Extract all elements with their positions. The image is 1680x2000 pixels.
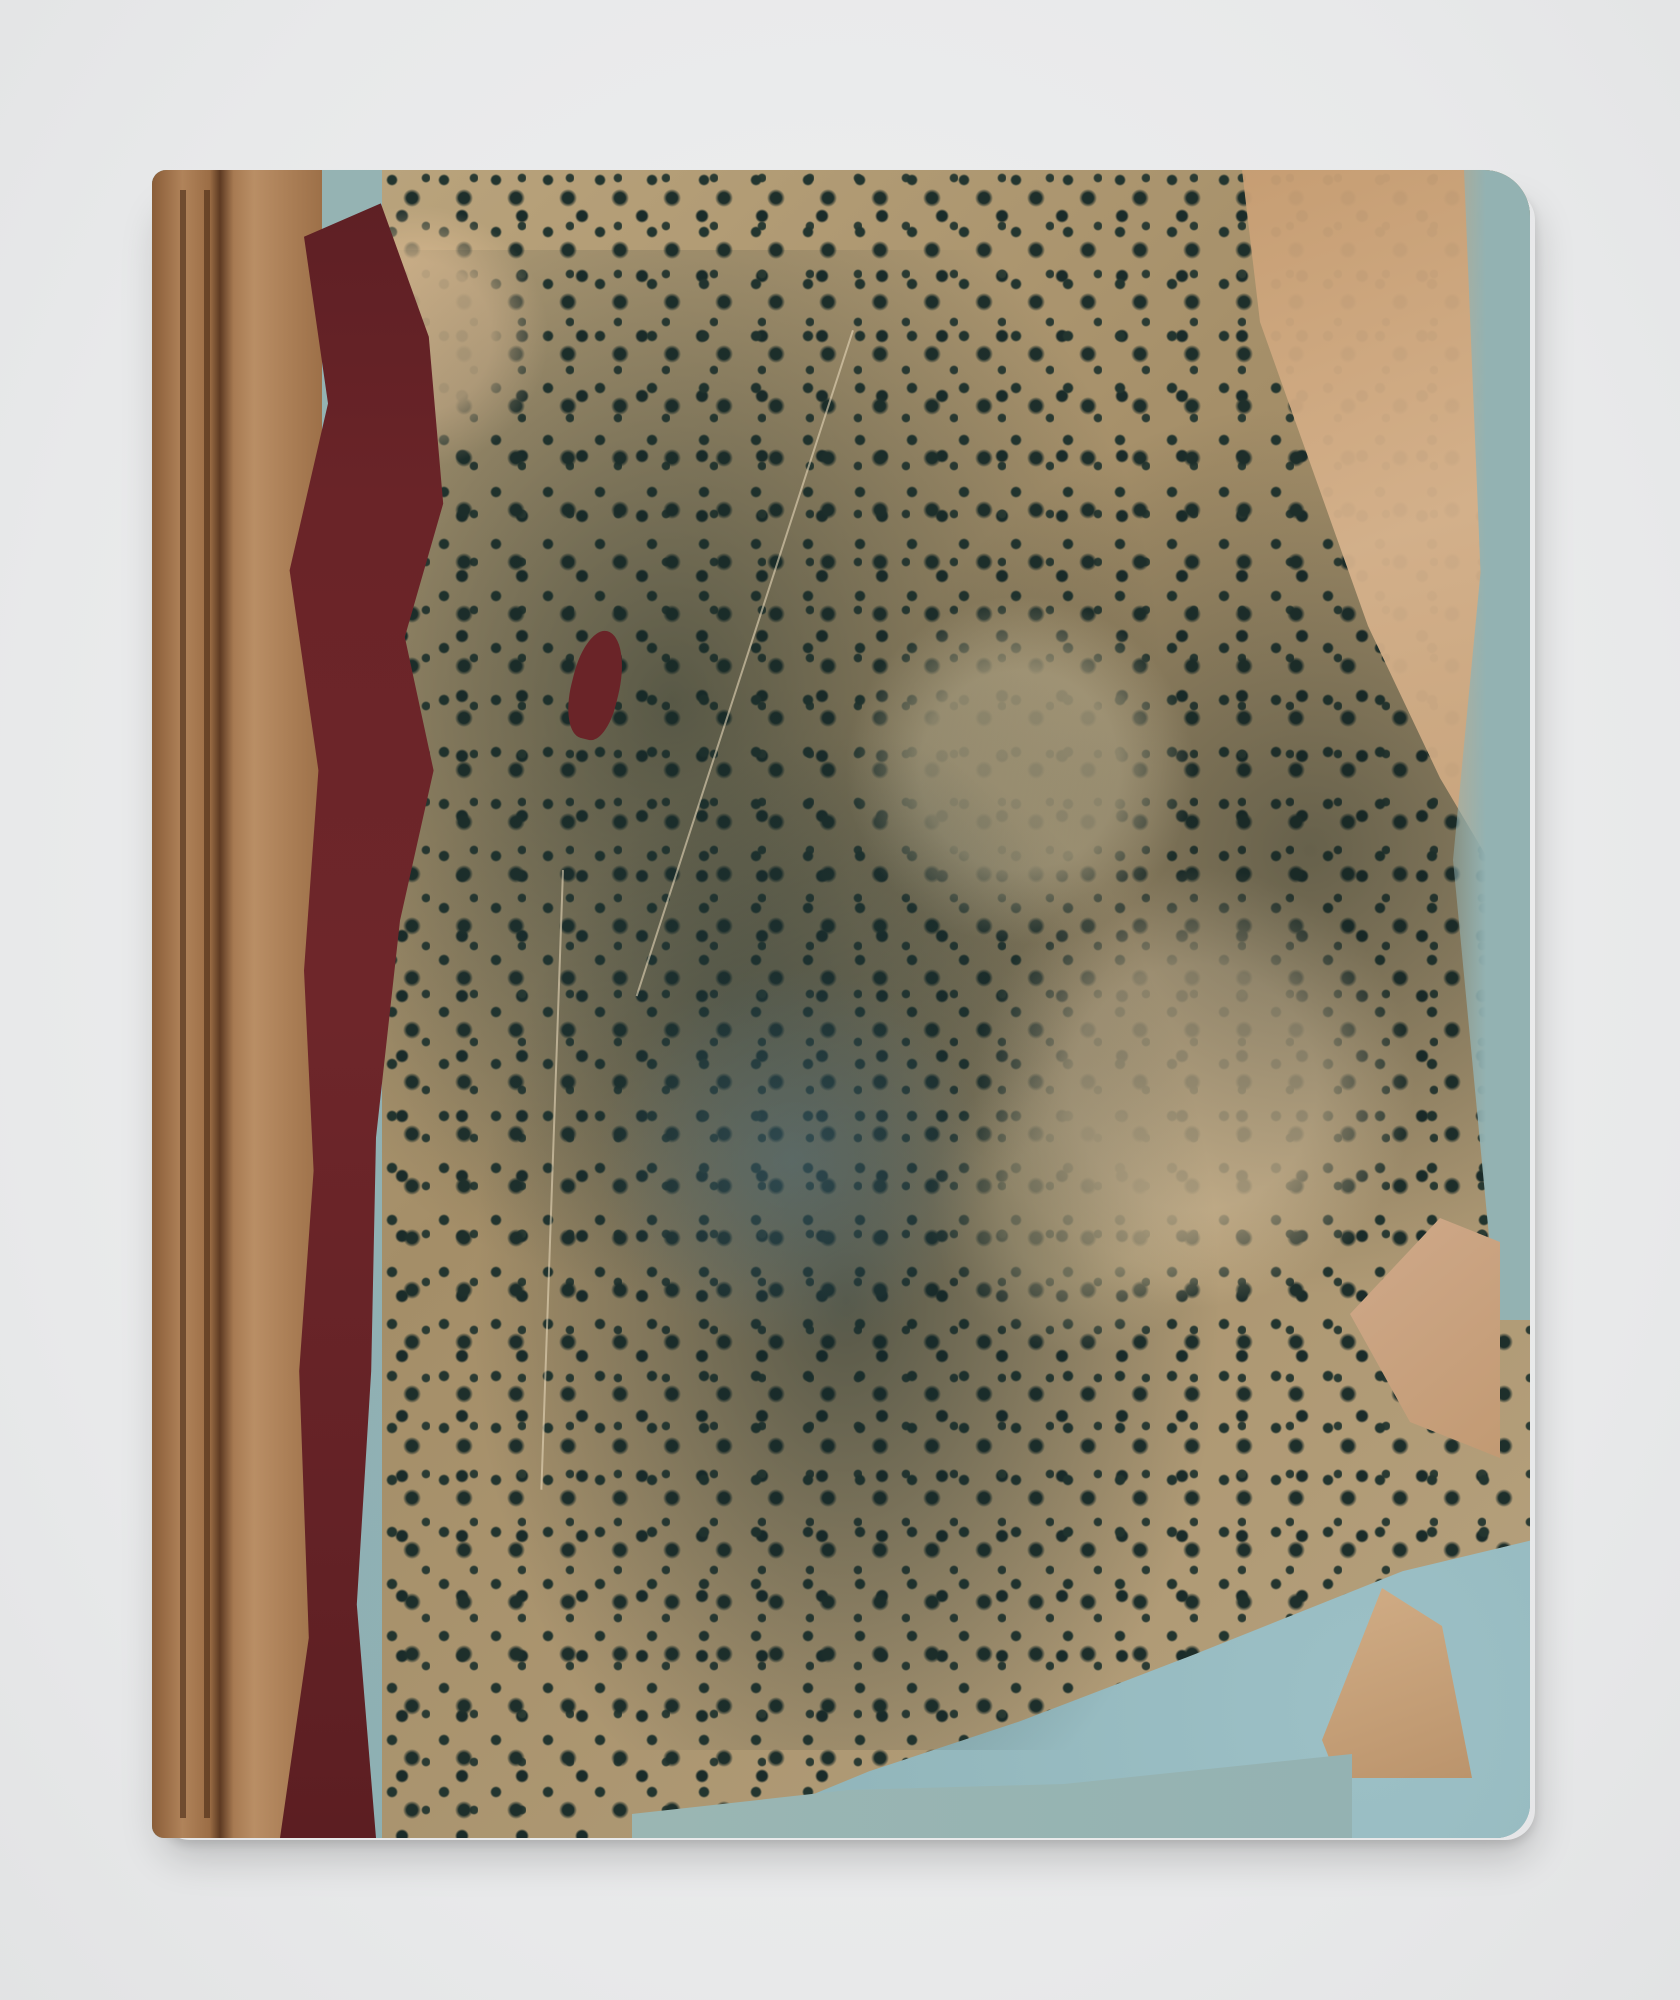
- cover-gloss-reflection: [582, 950, 1002, 1370]
- leather-spine: [152, 170, 322, 1838]
- spine-ridge-line: [180, 190, 186, 1818]
- spine-ridge-line: [204, 190, 210, 1818]
- book-cover: [152, 170, 1530, 1838]
